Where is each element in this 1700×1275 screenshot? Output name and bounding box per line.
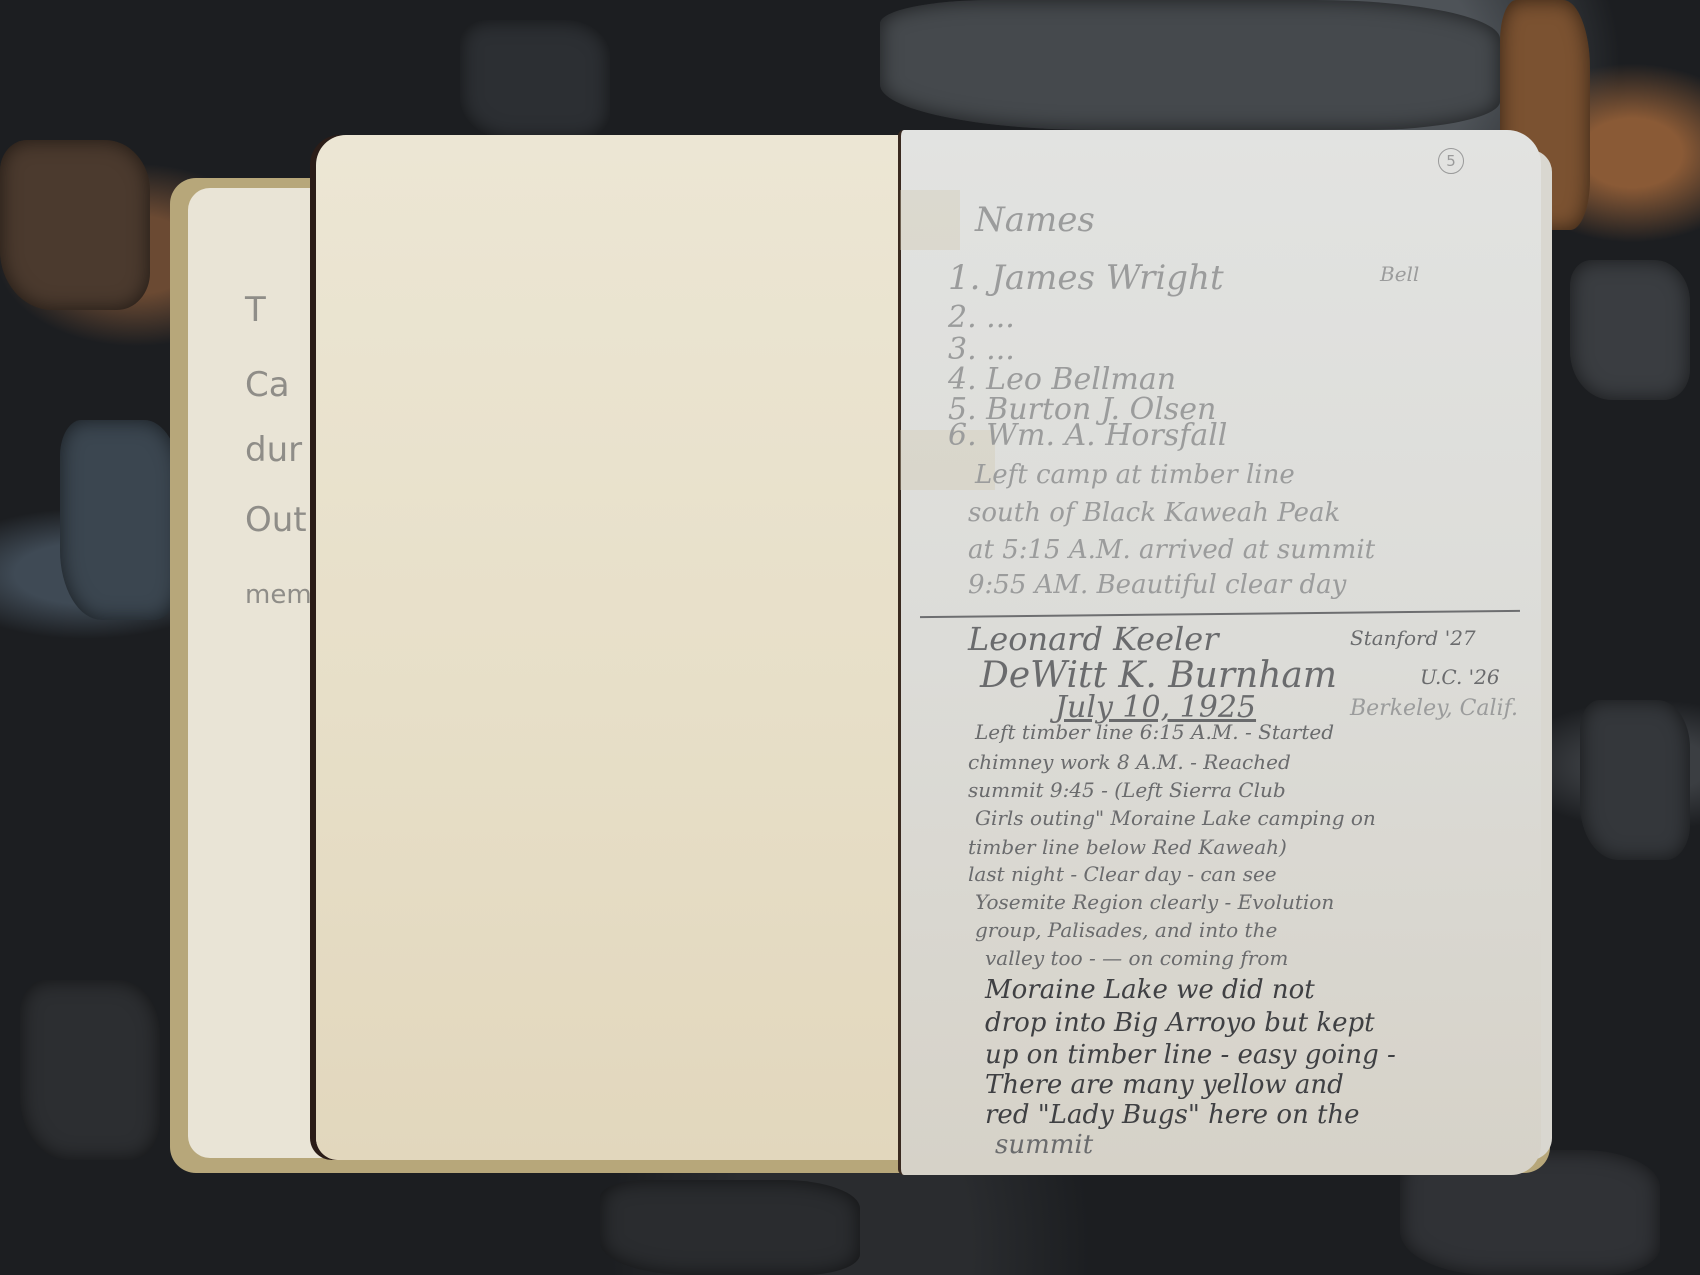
underpage-fragment: Ca [245, 365, 290, 405]
rock [880, 0, 1500, 130]
entry-line: timber line below Red Kaweah) [968, 835, 1287, 859]
rock [1570, 260, 1690, 400]
rock [20, 980, 160, 1160]
entry-line: summit 9:45 - (Left Sierra Club [968, 778, 1286, 802]
entry-line: drop into Big Arroyo but kept [985, 1008, 1375, 1038]
names-heading: Names [975, 200, 1095, 240]
page-number: 5 [1438, 148, 1464, 174]
tape-mark [900, 190, 960, 250]
margin-note: Bell [1380, 262, 1419, 286]
rock [60, 420, 180, 620]
underpage-fragment: mem [245, 580, 312, 610]
underpage-fragment: dur [245, 430, 302, 470]
entry-line: Left camp at timber line [975, 460, 1295, 490]
entry-line: Girls outing" Moraine Lake camping on [975, 806, 1376, 830]
signer-name: 1. James Wright [948, 258, 1224, 298]
entry-line: summit [995, 1130, 1093, 1160]
entry-line: Left timber line 6:15 A.M. - Started [975, 720, 1334, 744]
entry-line: valley too - — on coming from [985, 946, 1288, 970]
rock [0, 140, 150, 310]
left-page-blank [316, 135, 906, 1160]
rock [1580, 700, 1690, 860]
underpage-fragment: T [245, 290, 266, 330]
rock [600, 1180, 860, 1275]
underpage-fragment: Out [245, 500, 307, 540]
signer-name: 2. ... [948, 300, 1015, 335]
entry-line: 9:55 AM. Beautiful clear day [968, 570, 1346, 600]
signer-name: 6. Wm. A. Horsfall [948, 418, 1227, 453]
entry-line: group, Palisades, and into the [975, 918, 1277, 942]
entry-line: chimney work 8 A.M. - Reached [968, 750, 1291, 774]
entry-line: last night - Clear day - can see [968, 862, 1277, 886]
entry-line: up on timber line - easy going - [985, 1040, 1396, 1070]
signer-name: Leonard Keeler [968, 620, 1218, 658]
rock [460, 20, 610, 140]
entry-line: red "Lady Bugs" here on the [985, 1100, 1360, 1130]
entry-line: south of Black Kaweah Peak [968, 498, 1340, 528]
signer-affiliation: Stanford '27 [1350, 626, 1476, 650]
entry-line: at 5:15 A.M. arrived at summit [968, 535, 1375, 565]
entry-line: There are many yellow and [985, 1070, 1344, 1100]
entry-place: Berkeley, Calif. [1350, 696, 1518, 721]
entry-line: Moraine Lake we did not [985, 975, 1315, 1005]
entry-line: Yosemite Region clearly - Evolution [975, 890, 1334, 914]
signer-affiliation: U.C. '26 [1420, 665, 1500, 689]
